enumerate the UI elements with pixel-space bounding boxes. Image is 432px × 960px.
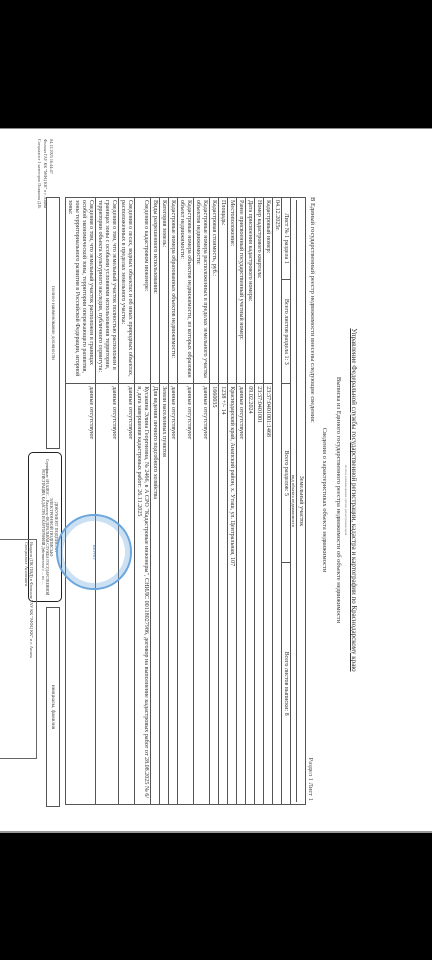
row-label: Кадастровые номера объектов недвижимости… [177,198,193,384]
table-row: Сведения о кадастровом инженере:Кусакина… [134,198,150,805]
row-value: данные отсутствуют [236,384,245,805]
sections-total: Всего разделов: 5 [281,384,290,563]
footer-office: Филиал ГАУ КК "МФЦ КК" в г. Анапа [42,139,48,339]
row-label: Сведения о лесах, водных объектах и об и… [118,198,134,384]
section-label: Раздел 1 Лист 1 [307,758,314,801]
row-value: Земли населенных пунктов [159,384,168,805]
ecp-details: Сертификат: 0F1A2B3C… Владелец: ФЕДЕРАЛЬ… [41,453,49,601]
row-label: Площадь: [218,198,227,384]
top-black-bar [0,0,432,129]
object-kind-value: Земельный участок [298,200,305,802]
row-label: Номер кадастрового квартала: [254,198,263,384]
official-stamp: ВЕРНО [56,514,132,590]
row-label: Дата присвоения кадастрового номера: [245,198,254,384]
sheets-in-section: Всего листов раздела 1: 3 [281,280,290,384]
table-row: Кадастровые номера образованных объектов… [168,198,177,805]
agency-name: Управление Федеральной службы государств… [350,169,358,831]
date-row: 04.12.2025г. [272,198,281,805]
row-label: Виды разрешенного использования: [150,198,159,384]
row-label: Категория земель: [159,198,168,384]
footer-specialist: Специалист 1 категории Полякова Д.В. [36,139,42,339]
table-row: Кадастровые номера расположенных в преде… [193,198,209,805]
table-row: Виды разрешенного использования:Для веде… [150,198,159,805]
table-row: Кадастровый номер:23:37:0401001:1468 [263,198,272,805]
bottom-black-bar [0,831,432,960]
table-row: Сведения о том, что земельный участок ра… [65,198,95,805]
print-footer: 04.12.2025 16:44:47 Филиал ГАУ КК "МФЦ К… [36,139,54,339]
row-value: 1238 +/- 14 [218,384,227,805]
mfc-certification-box: Выдано (ПК ПВД) в Филиале ГАУ КК "МФЦ КК… [0,539,37,759]
row-label: Сведения о кадастровом инженере: [134,198,150,384]
row-value: данные отсутствуют [65,384,95,805]
row-label: Ранее присвоенный государственный учетны… [236,198,245,384]
row-value: данные отсутствуют [118,384,134,805]
row-value: данные отсутствуют [95,384,118,805]
row-value: 1660035 [209,384,218,805]
table-row: Ранее присвоенный государственный учетны… [236,198,245,805]
table-row: Дата присвоения кадастрового номера:09.0… [245,198,254,805]
row-label: Кадастровая стоимость, руб.: [209,198,218,384]
row-value: данные отсутствуют [168,384,177,805]
table-row: Кадастровая стоимость, руб.:1660035 [209,198,218,805]
agency-subnote: полное наименование органа регистрации п… [344,169,348,831]
object-kind-row: Земельный участок вид объекта недвижимос… [290,198,305,805]
table-row: Кадастровые номера объектов недвижимости… [177,198,193,805]
table-row: Площадь:1238 +/- 14 [218,198,227,805]
document-title: Выписка из Единого государственного реес… [335,169,342,831]
stamp-text: ВЕРНО [92,545,97,560]
row-value: 09.02.2024 [245,384,254,805]
row-label: Кадастровые номера образованных объектов… [168,198,177,384]
row-value: Для ведения личного подсобного хозяйства [150,384,159,805]
row-value: данные отсутствуют [193,384,209,805]
sheet-info-row: Лист № 1 раздела 1 Всего листов раздела … [281,198,290,805]
row-label: Сведения о том, что земельный участок ра… [65,198,95,384]
extract-table: Земельный участок вид объекта недвижимос… [65,197,306,805]
table-row: Сведения о лесах, водных объектах и об и… [118,198,134,805]
document-subtitle: Сведения о характеристиках объекта недви… [321,169,328,831]
table-row: Номер кадастрового квартала:23:37:040100… [254,198,263,805]
table-row: Местоположение:Краснодарский край, Анапс… [227,198,236,805]
ecp-subtitle: ЭЛЕКТРОННОЙ ПОДПИСЬЮ [49,453,54,601]
row-label: Сведения о том, что земельный участок по… [95,198,118,384]
ecp-title: ДОКУМЕНТ ПОДПИСАН [54,453,59,601]
sheets-total: Всего листов выписки: 8 [281,563,290,805]
intro-text: В Единый государственный реестр недвижим… [309,197,316,423]
footer-timestamp: 04.12.2025 16:44:47 [48,139,54,339]
row-value: данные отсутствуют [177,384,193,805]
scanned-document-page: Управление Федеральной службы государств… [0,129,432,831]
extract-date: 04.12.2025г. [272,198,281,805]
mfc-note: Выдано (ПК ПВД) в Филиале ГАУ КК "МФЦ КК… [29,542,34,756]
initials-caption: инициалы, фамилия [46,607,60,807]
row-label: Местоположение: [227,198,236,384]
rotated-document: Управление Федеральной службы государств… [0,129,432,831]
row-value: 23:37:0401001 [254,384,263,805]
row-label: Кадастровый номер: [263,198,272,384]
sheet-number: Лист № 1 раздела 1 [281,198,290,280]
row-value: 23:37:0401001:1468 [263,384,272,805]
row-value: Краснодарский край, Анапский район, х. У… [227,384,236,805]
row-label: Кадастровые номера расположенных в преде… [193,198,209,384]
table-row: Категория земель:Земли населенных пункто… [159,198,168,805]
table-row: Сведения о том, что земельный участок по… [95,198,118,805]
row-value: Кусакина Элина Георгиевна, № 2466, в А С… [134,384,150,805]
